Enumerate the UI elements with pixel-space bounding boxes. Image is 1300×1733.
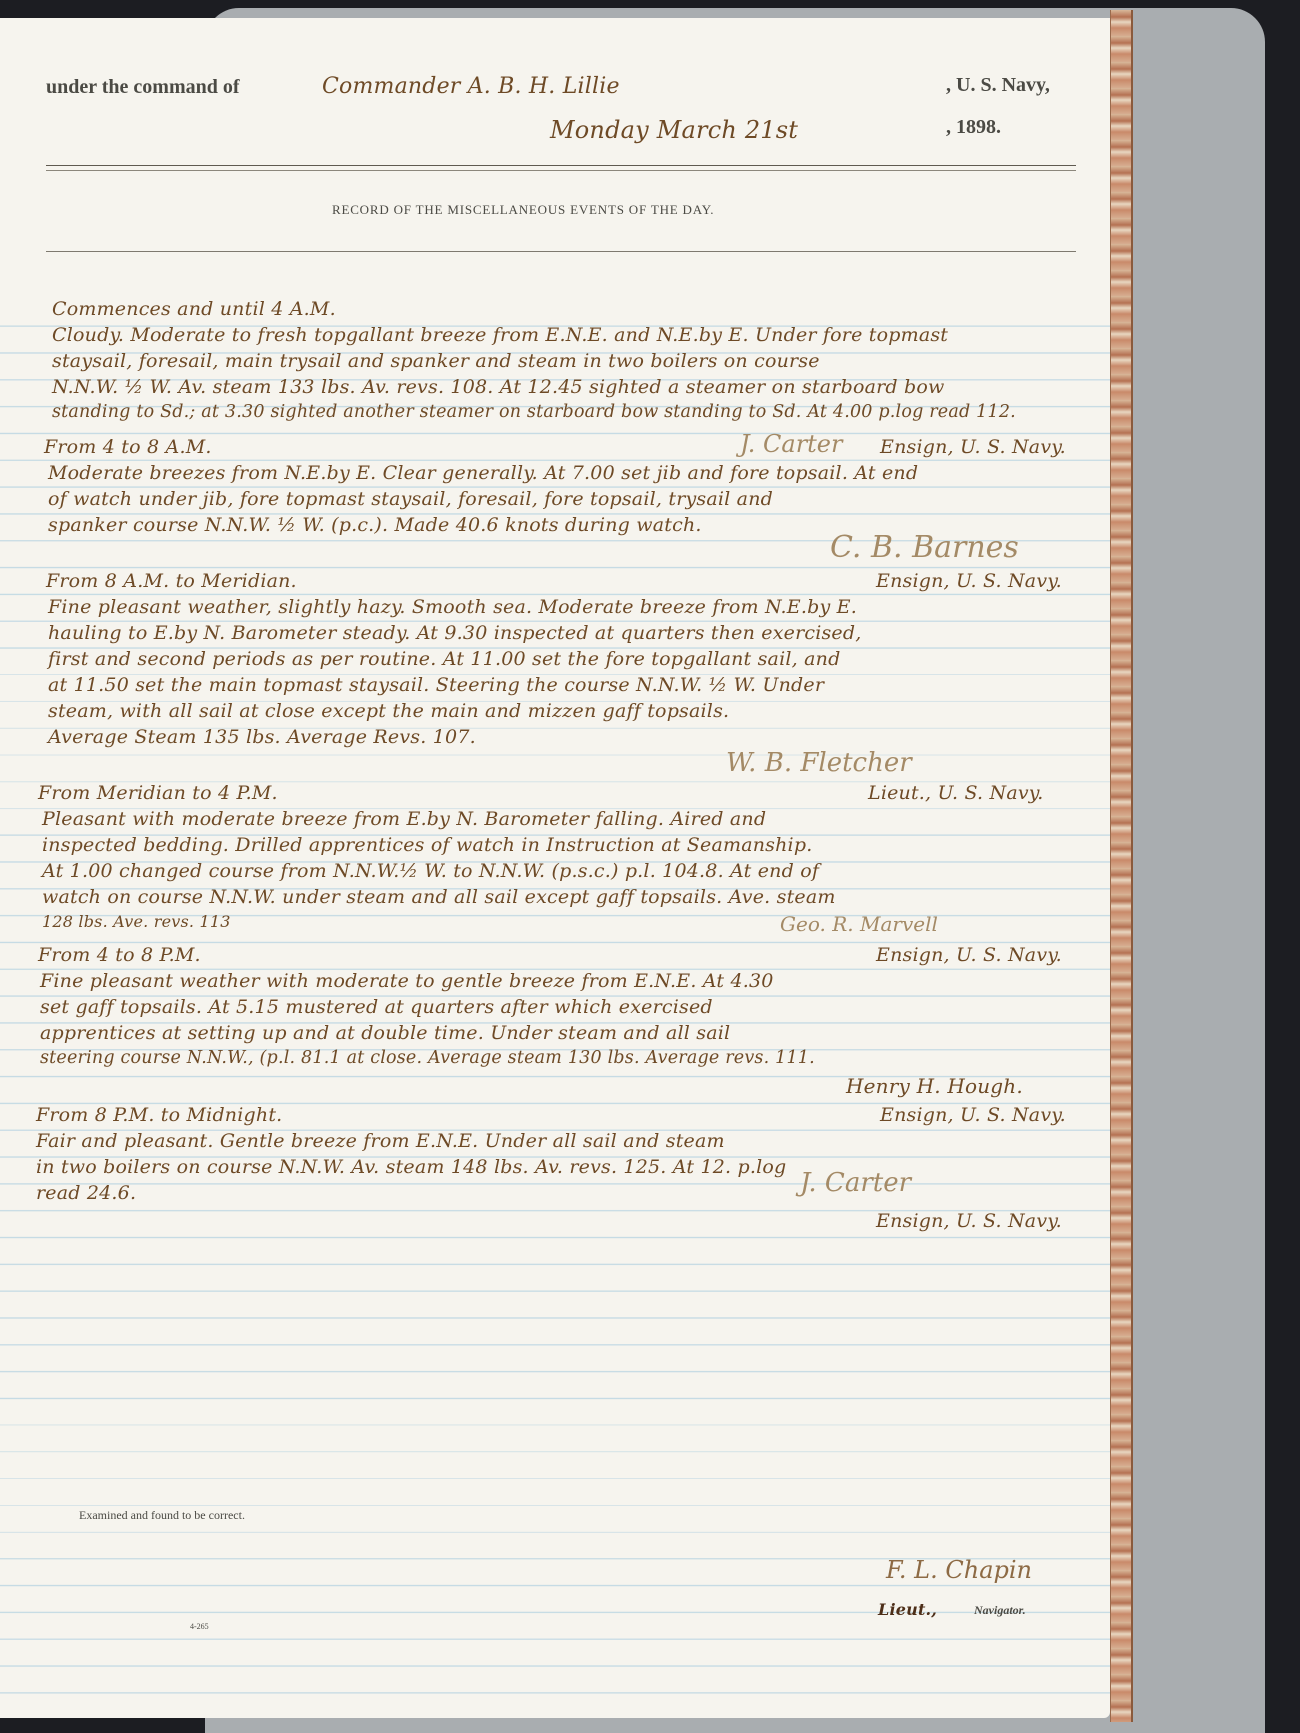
watch-heading: From 8 P.M. to Midnight. [36, 1104, 282, 1126]
watch-line: spanker course N.N.W. ½ W. (p.c.). Made … [48, 514, 702, 536]
watch-line: steam, with all sail at close except the… [48, 700, 729, 722]
title-divider [46, 251, 1076, 252]
log-year: , 1898. [946, 116, 1001, 139]
navy-label: , U. S. Navy, [946, 74, 1050, 97]
navigator-rank: Lieut., [878, 1600, 937, 1619]
watch-line: inspected bedding. Drilled apprentices o… [42, 834, 812, 856]
signature-rank: Ensign, U. S. Navy. [876, 944, 1062, 966]
examined-statement: Examined and found to be correct. [79, 1508, 245, 1523]
watch-heading: From 4 to 8 A.M. [44, 436, 212, 458]
signature-rank: Lieut., U. S. Navy. [868, 782, 1043, 804]
watch-line: set gaff topsails. At 5.15 mustered at q… [40, 996, 713, 1018]
navigator-signature: F. L. Chapin [886, 1556, 1032, 1584]
watch-line: Average Steam 135 lbs. Average Revs. 107… [48, 726, 476, 748]
page-header-area [0, 18, 1110, 300]
signature: Geo. R. Marvell [780, 912, 938, 936]
signature: J. Carter [800, 1168, 911, 1198]
watch-heading: From Meridian to 4 P.M. [38, 782, 278, 804]
watch-line: N.N.W. ½ W. Av. steam 133 lbs. Av. revs.… [52, 376, 944, 398]
watch-line: 128 lbs. Ave. revs. 113 [42, 912, 231, 931]
signature: J. Carter [740, 430, 842, 458]
watch-line: steering course N.N.W., (p.l. 81.1 at cl… [40, 1048, 815, 1068]
watch-line: Cloudy. Moderate to fresh topgallant bre… [52, 324, 948, 346]
navigator-label: Navigator. [974, 1603, 1026, 1618]
watch-line: first and second periods as per routine.… [48, 648, 840, 670]
signature: Henry H. Hough. [846, 1074, 1023, 1098]
watch-line: Fair and pleasant. Gentle breeze from E.… [36, 1130, 725, 1152]
log-date: Monday March 21st [550, 116, 798, 144]
watch-line: Fine pleasant weather with moderate to g… [40, 970, 774, 992]
watch-line: at 11.50 set the main topmast staysail. … [48, 674, 824, 696]
watch-heading: Commences and until 4 A.M. [52, 298, 336, 320]
watch-line: Moderate breezes from N.E.by E. Clear ge… [48, 462, 918, 484]
command-label: under the command of [46, 76, 240, 99]
signature: W. B. Fletcher [726, 748, 912, 778]
signature-rank: Ensign, U. S. Navy. [876, 570, 1062, 592]
watch-line: of watch under jib, fore topmast staysai… [48, 488, 773, 510]
watch-line: apprentices at setting up and at double … [40, 1022, 730, 1044]
watch-line: in two boilers on course N.N.W. Av. stea… [36, 1156, 786, 1178]
signature-rank: Ensign, U. S. Navy. [876, 1210, 1062, 1232]
watch-heading: From 4 to 8 P.M. [38, 944, 201, 966]
commander-name: Commander A. B. H. Lillie [322, 74, 620, 99]
watch-line: watch on course N.N.W. under steam and a… [42, 886, 836, 908]
record-title: RECORD OF THE MISCELLANEOUS EVENTS OF TH… [332, 202, 714, 218]
signature-rank: Ensign, U. S. Navy. [880, 1104, 1066, 1126]
watch-line: read 24.6. [36, 1182, 136, 1204]
watch-line: staysail, foresail, main trysail and spa… [52, 350, 820, 372]
watch-line: At 1.00 changed course from N.N.W.½ W. t… [42, 860, 819, 882]
watch-heading: From 8 A.M. to Meridian. [46, 570, 297, 592]
watch-line: Pleasant with moderate breeze from E.by … [42, 808, 766, 830]
watch-line: hauling to E.by N. Barometer steady. At … [48, 622, 861, 644]
marbled-page-edge [1110, 10, 1133, 1722]
signature: C. B. Barnes [830, 530, 1019, 565]
watch-line: standing to Sd.; at 3.30 sighted another… [52, 402, 1016, 422]
logbook-page: under the command of Commander A. B. H. … [0, 18, 1110, 1718]
signature-rank: Ensign, U. S. Navy. [880, 436, 1066, 458]
header-divider [46, 165, 1076, 171]
watch-line: Fine pleasant weather, slightly hazy. Sm… [48, 596, 857, 618]
form-number: 4-265 [190, 1622, 209, 1631]
